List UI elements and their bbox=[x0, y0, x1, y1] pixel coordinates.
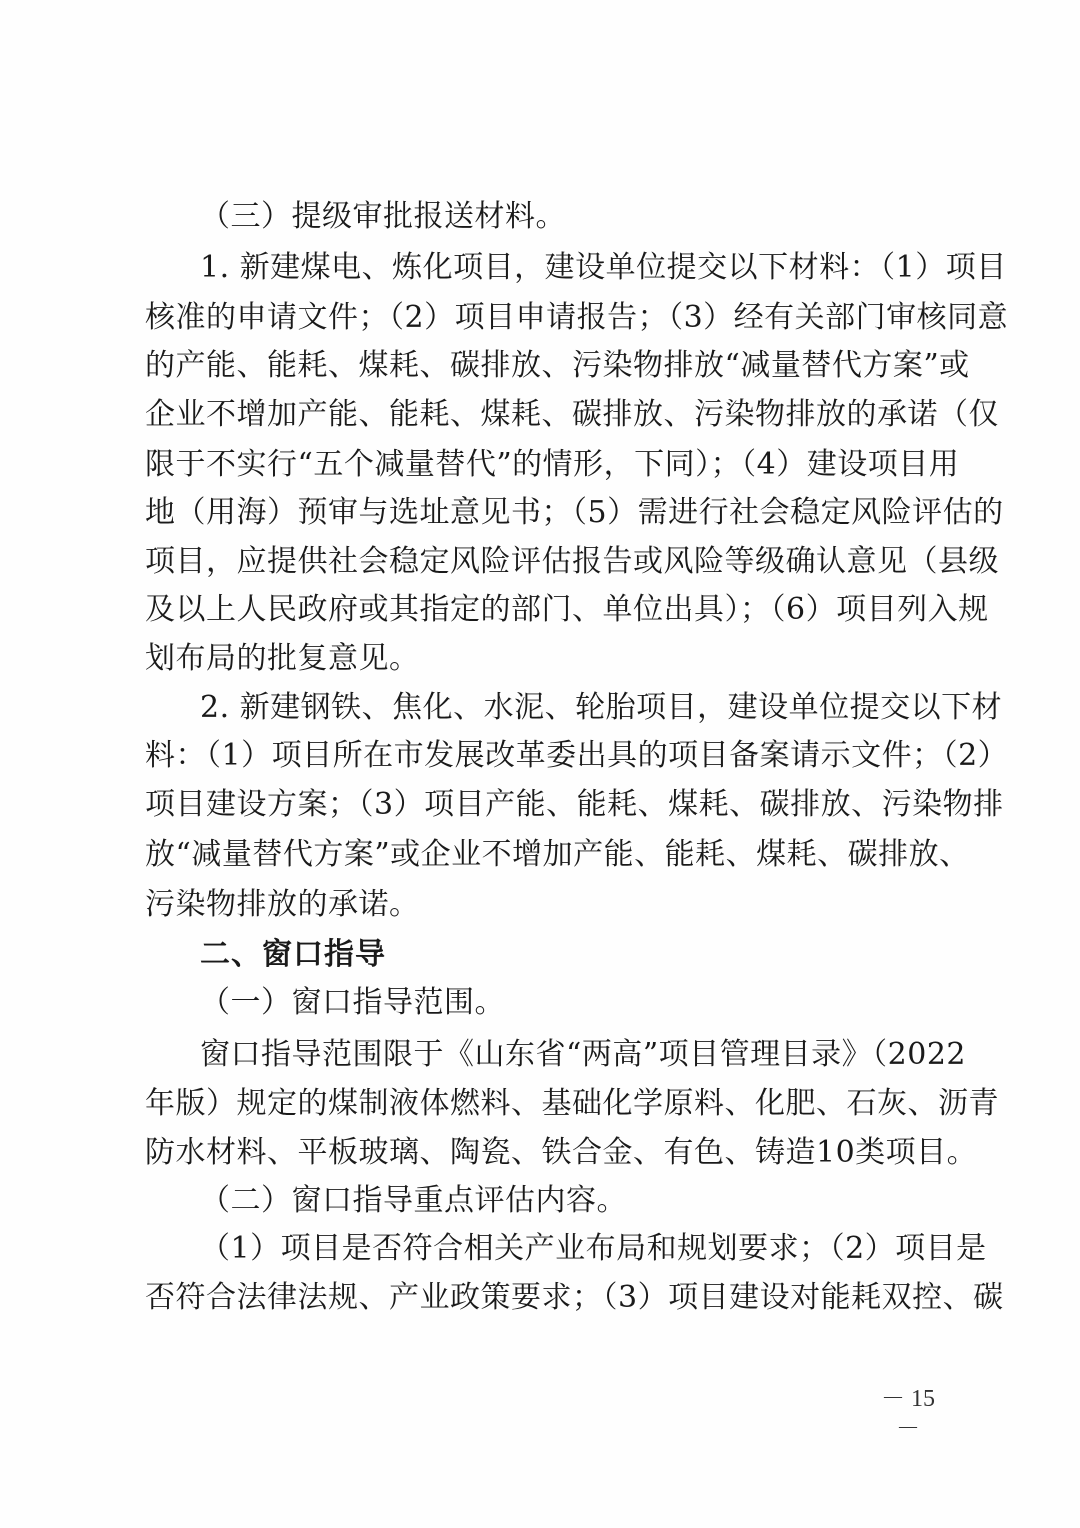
section-heading: 二、窗口指导 bbox=[200, 931, 945, 979]
subsection-heading: （三）提级审批报送材料。 bbox=[200, 193, 945, 241]
document-page: （三）提级审批报送材料。1. 新建煤电、炼化项目，建设单位提交以下材料：（1）项… bbox=[0, 0, 1080, 1528]
text-line: 1. 新建煤电、炼化项目，建设单位提交以下材料：（1）项目 bbox=[200, 244, 945, 292]
text-line: 项目，应提供社会稳定风险评估报告或风险等级确认意见（县级 bbox=[145, 538, 945, 586]
text-line: （1）项目是否符合相关产业布局和规划要求；（2）项目是 bbox=[200, 1225, 945, 1273]
text-line: 限于不实行“五个减量替代”的情形，下同）；（4）建设项目用 bbox=[145, 441, 945, 489]
text-line: 年版）规定的煤制液体燃料、基础化学原料、化肥、石灰、沥青 bbox=[145, 1080, 945, 1128]
text-line: 划布局的批复意见。 bbox=[145, 635, 945, 683]
text-line: 的产能、能耗、煤耗、碳排放、污染物排放“减量替代方案”或 bbox=[145, 342, 945, 390]
text-line: 项目建设方案；（3）项目产能、能耗、煤耗、碳排放、污染物排 bbox=[145, 781, 945, 829]
text-line: 及以上人民政府或其指定的部门、单位出具）；（6）项目列入规 bbox=[145, 586, 945, 634]
text-line: 地（用海）预审与选址意见书；（5）需进行社会稳定风险评估的 bbox=[145, 489, 945, 537]
text-line: 否符合法律法规、产业政策要求；（3）项目建设对能耗双控、碳 bbox=[145, 1274, 945, 1322]
text-line: 窗口指导范围限于《山东省“两高”项目管理目录》（2022 bbox=[200, 1031, 945, 1079]
text-line: 放“减量替代方案”或企业不增加产能、能耗、煤耗、碳排放、 bbox=[145, 831, 945, 879]
text-line: 污染物排放的承诺。 bbox=[145, 881, 945, 929]
text-line: 料：（1）项目所在市发展改革委出具的项目备案请示文件；（2） bbox=[145, 732, 945, 780]
page-number: － 15 － bbox=[868, 1384, 948, 1444]
subsection-heading: （一）窗口指导范围。 bbox=[200, 979, 945, 1027]
subsection-heading: （二）窗口指导重点评估内容。 bbox=[200, 1177, 945, 1225]
text-line: 核准的申请文件；（2）项目申请报告；（3）经有关部门审核同意 bbox=[145, 294, 945, 342]
text-line: 企业不增加产能、能耗、煤耗、碳排放、污染物排放的承诺（仅 bbox=[145, 391, 945, 439]
text-line: 防水材料、平板玻璃、陶瓷、铁合金、有色、铸造10类项目。 bbox=[145, 1129, 945, 1177]
text-line: 2. 新建钢铁、焦化、水泥、轮胎项目，建设单位提交以下材 bbox=[200, 684, 945, 732]
